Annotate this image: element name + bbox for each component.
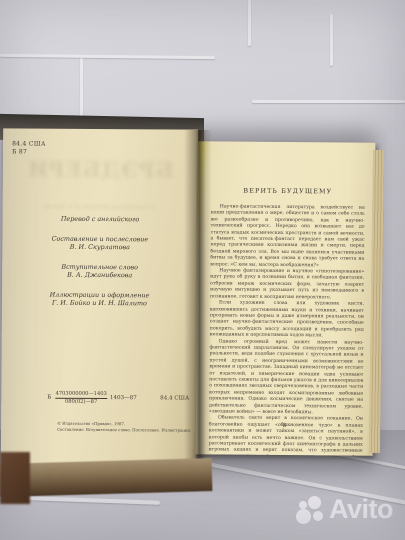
avito-logo-circle [313, 511, 323, 521]
left-page: 84.4 США Б 87 БРЭДБЕРИ О скитаньях вечны… [1, 128, 198, 467]
catalog-index: Б 4703000000—1403 080(02)—87 1403—87 84.… [47, 391, 189, 406]
imprint-illustrations-names: Г. И. Бойко и И. Н. Шалито [2, 298, 197, 307]
avito-logo-circle [296, 509, 311, 524]
classifier-code: 84.4 США [12, 140, 46, 148]
book-photo: 84.4 США Б 87 БРЭДБЕРИ О скитаньях вечны… [0, 0, 405, 540]
brick-mortar-line [330, 14, 333, 66]
catalog-fraction: 4703000000—1403 080(02)—87 [55, 391, 107, 405]
catalog-suffix: 1403—87 [110, 395, 137, 401]
preface-paragraph: Если художник слова или художник кисти, … [210, 300, 364, 340]
preface-paragraph: Научно-фантастическая литература воздейс… [210, 204, 365, 269]
copyright-credits: Составление. Вступительное слово. Послес… [57, 426, 192, 433]
catalog-letter: Б [47, 395, 51, 401]
brick-mortar-line [252, 100, 405, 103]
avito-logo-circle [308, 496, 321, 509]
brick-mortar-line [248, 0, 251, 46]
imprint-translation: Перевод с английского [3, 214, 198, 223]
brick-mortar-line [80, 58, 83, 120]
library-classifier: 84.4 США Б 87 [12, 140, 46, 156]
imprint-foreword-name: В. А. Джанибекова [2, 270, 197, 279]
classifier-code: Б 87 [12, 148, 46, 156]
avito-logo-icon [294, 492, 326, 526]
catalog-denominator: 080(02)—87 [55, 397, 106, 405]
imprint-block: Перевод с английского Составление и посл… [2, 214, 198, 307]
show-through-subtitle: О скитаньях вечных и о Земле [3, 202, 198, 211]
book-cover-corner [0, 452, 30, 504]
show-through-title: БРЭДБЕРИ [3, 156, 198, 182]
book-cover-bottom-edge [0, 458, 212, 497]
preface-text-block: ВЕРИТЬ БУДУЩЕМУ Научно-фантастическая ли… [208, 187, 365, 455]
book-gutter-shadow [184, 130, 212, 460]
avito-wordmark: Avito [329, 494, 393, 525]
imprint-compiler-name: В. И. Скурлатова [2, 242, 197, 251]
copyright-block: © Издательство «Правда», 1987. Составлен… [57, 421, 192, 433]
avito-logo-circle [299, 501, 307, 509]
right-page: ВЕРИТЬ БУДУЩЕМУ Научно-фантастическая ли… [196, 141, 376, 456]
preface-paragraph: Однако огромный вред может нанести научн… [209, 339, 364, 417]
preface-heading: ВЕРИТЬ БУДУЩЕМУ [211, 187, 365, 195]
preface-paragraph: Научное фантазирование и научное «гипоте… [210, 268, 364, 301]
avito-watermark: Avito [294, 492, 393, 526]
